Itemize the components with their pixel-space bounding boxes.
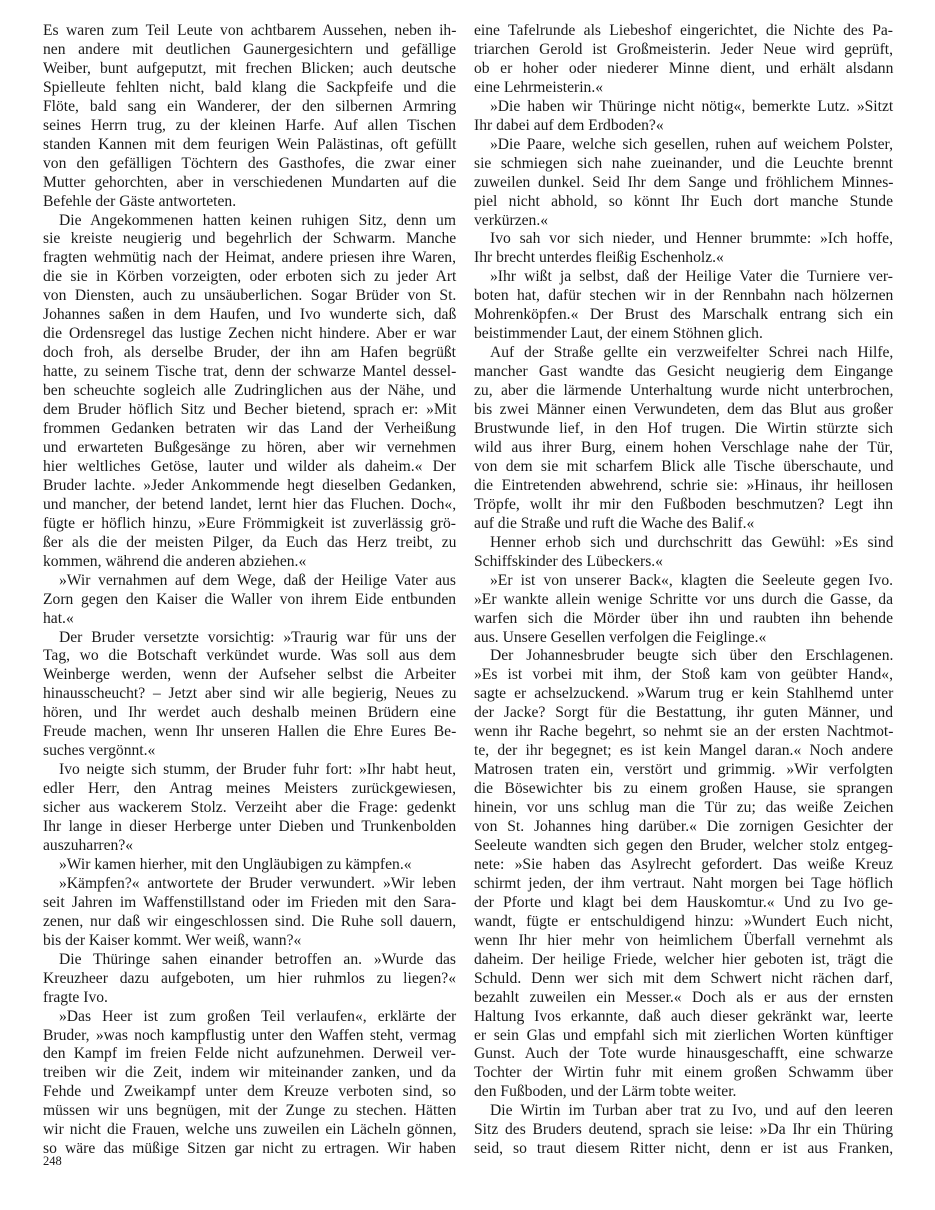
text-line: Auf der Straße gellte ein verzweifelter … xyxy=(474,344,893,363)
text-line: piel nicht abhold, so könnt Ihr Euch dor… xyxy=(474,193,893,212)
text-line: Schiffskinder des Lübeckers.« xyxy=(474,553,893,572)
text-line: Befehle der Gäste antworteten. xyxy=(43,193,456,212)
text-line: wenn Ihr hier mehr von heimlichem Überfa… xyxy=(474,932,893,951)
text-line: wild aus ihrer Burg, einem hohen Verschl… xyxy=(474,439,893,458)
text-line: die Bösewichter bis zu einem großen Haus… xyxy=(474,780,893,799)
text-line: fragten wehmütig nach der Heimat, andere… xyxy=(43,249,456,268)
text-line: doch froh, als derselbe Bruder, der ihn … xyxy=(43,344,456,363)
text-line: ben scheuchte sogleich alle Zudringliche… xyxy=(43,382,456,401)
text-line: Ihr brecht unterdes fleißig Eschenholz.« xyxy=(474,249,893,268)
text-line: Haltung Ivos erkannte, daß auch dieser g… xyxy=(474,1008,893,1027)
text-line: schirmt jeden, der ihm vertraut. Naht mo… xyxy=(474,875,893,894)
left-text-column: Es waren zum Teil Leute von achtbarem Au… xyxy=(43,22,456,1159)
text-line: hier weltliches Getöse, lauter und wilde… xyxy=(43,458,456,477)
text-line: so wäre das müßige Sitzen gar nicht zu e… xyxy=(43,1140,456,1159)
text-line: Freude machen, wenn Ihr unseren Hallen d… xyxy=(43,723,456,742)
text-line: Schuld. Denn wer sich mit dem Schwert ni… xyxy=(474,970,893,989)
text-line: Spielleute fehlten nicht, bald klang die… xyxy=(43,79,456,98)
text-line: wenn ihr Rache begehrt, so nehmt sie an … xyxy=(474,723,893,742)
text-line: nen andere mit deutlichen Gaunergesichte… xyxy=(43,41,456,60)
text-line: sagte er achselzuckend. »Warum trug er k… xyxy=(474,685,893,704)
text-line: frommen Gedanken betraten wir das Land d… xyxy=(43,420,456,439)
text-line: wir nicht die Frauen, welche uns zuweile… xyxy=(43,1121,456,1140)
text-line: seines Herrn trug, zu der kleinen Harfe.… xyxy=(43,117,456,136)
text-line: te, der ihr begegnet; es ist kein Mangel… xyxy=(474,742,893,761)
text-line: sicher aus wackerem Stolz. Verzeiht aber… xyxy=(43,799,456,818)
text-line: Ivo sah vor sich nieder, und Henner brum… xyxy=(474,230,893,249)
text-line: Die Wirtin im Turban aber trat zu Ivo, u… xyxy=(474,1102,893,1121)
text-line: »Die haben wir Thüringe nicht nötig«, be… xyxy=(474,98,893,117)
text-line: fügte er höflich hinzu, »Eure Frömmigkei… xyxy=(43,515,456,534)
text-line: bis der Kaiser kommt. Wer weiß, wann?« xyxy=(43,932,456,951)
text-line: Tochter der Wirtin fuhr mit einem großen… xyxy=(474,1064,893,1083)
text-line: boten hat, dafür stechen wir in der Renn… xyxy=(474,287,893,306)
text-line: edler Herr, den Antrag meines Meisters z… xyxy=(43,780,456,799)
text-line: hinein, vor uns schlug man die Tür zu; d… xyxy=(474,799,893,818)
text-line: hören, und Ihr werdet auch deshalb meine… xyxy=(43,704,456,723)
text-line: bis zwei Männer einen Verwundeten, dem d… xyxy=(474,401,893,420)
text-line: und erwarteten Bußgesänge zu hören, aber… xyxy=(43,439,456,458)
text-line: den Fußboden, und der Lärm tobte weiter. xyxy=(474,1083,893,1102)
text-line: Weinberge werden, wenn der Aufseher selb… xyxy=(43,666,456,685)
text-line: hatte, zu seinem Tische trat, denn der s… xyxy=(43,363,456,382)
text-line: Zorn gegen den Kaiser die Waller von ihr… xyxy=(43,591,456,610)
text-line: ßer als die der meisten Pilger, da Euch … xyxy=(43,534,456,553)
text-line: »Wir vernahmen auf dem Wege, daß der Hei… xyxy=(43,572,456,591)
right-text-column: eine Tafelrunde als Liebeshof eingericht… xyxy=(474,22,893,1159)
text-line: »Kämpfen?« antwortete der Bruder verwund… xyxy=(43,875,456,894)
text-line: Der Bruder versetzte vorsichtig: »Trauri… xyxy=(43,629,456,648)
text-line: standen Kannen mit dem feurigen Wein Pal… xyxy=(43,136,456,155)
text-line: die Eintretenden abwehrend, schrie sie: … xyxy=(474,477,893,496)
text-line: eine Tafelrunde als Liebeshof eingericht… xyxy=(474,22,893,41)
text-line: dem Bruder höflich Sitz und Becher biete… xyxy=(43,401,456,420)
text-line: sie schmiegen sich nahe zueinander, und … xyxy=(474,155,893,174)
text-line: Ihr dabei auf dem Erdboden?« xyxy=(474,117,893,136)
text-line: triarchen Gerold ist Großmeisterin. Jede… xyxy=(474,41,893,60)
text-line: Bruder, »was noch kampflustig unter den … xyxy=(43,1027,456,1046)
text-line: von St. Johannes hing darüber.« Die zorn… xyxy=(474,818,893,837)
text-line: eine Lehrmeisterin.« xyxy=(474,79,893,98)
text-line: auszuharren?« xyxy=(43,837,456,856)
text-line: Ivo neigte sich stumm, der Bruder fuhr f… xyxy=(43,761,456,780)
text-line: Fehde und Zweikampf unter dem Kreuze ver… xyxy=(43,1083,456,1102)
text-line: Ihr lange in dieser Herberge unter Diebe… xyxy=(43,818,456,837)
text-line: von den gefälligen Töchtern des Gasthofe… xyxy=(43,155,456,174)
text-line: hinausscheucht? – Jetzt aber sind wir al… xyxy=(43,685,456,704)
text-line: Gunst. Auch der Tote wurde hinausgeschaf… xyxy=(474,1045,893,1064)
text-line: von Diensten, auch zu unsäuberlichen. So… xyxy=(43,287,456,306)
text-line: wandt, fügte er entschuldigend hinzu: »W… xyxy=(474,913,893,932)
text-line: »Es ist vorbei mit ihm, der Stoß kam von… xyxy=(474,666,893,685)
text-line: der Jacke? Sorgt für die Bestattung, ihr… xyxy=(474,704,893,723)
text-line: nete: »Sie haben das Asylrecht gefordert… xyxy=(474,856,893,875)
text-line: »Er ist von unserer Back«, klagten die S… xyxy=(474,572,893,591)
text-line: mancher Gast wandte das Gesicht neugieri… xyxy=(474,363,893,382)
text-line: »Er wankte allein wenige Schritte vor un… xyxy=(474,591,893,610)
text-line: »Wir kamen hierher, mit den Ungläubigen … xyxy=(43,856,456,875)
text-line: Der Johannesbruder beugte sich über den … xyxy=(474,647,893,666)
text-line: Henner erhob sich und durchschritt das G… xyxy=(474,534,893,553)
text-line: Tag, wo die Botschaft verkündet wurde. W… xyxy=(43,647,456,666)
text-line: fragte Ivo. xyxy=(43,989,456,1008)
text-line: »Die Paare, welche sich gesellen, ruhen … xyxy=(474,136,893,155)
text-line: sie kreiste neugierig und begehrlich der… xyxy=(43,230,456,249)
book-page: Es waren zum Teil Leute von achtbarem Au… xyxy=(0,0,935,1210)
text-line: Flöte, bald sang ein Wanderer, der den s… xyxy=(43,98,456,117)
text-line: den Kampf im freien Felde nicht aufzuneh… xyxy=(43,1045,456,1064)
text-line: Kreuzheer dazu aufgeboten, um hier ruhml… xyxy=(43,970,456,989)
text-line: Seeleute wandten sich gegen den Bruder, … xyxy=(474,837,893,856)
text-line: kommen, während die anderen abziehen.« xyxy=(43,553,456,572)
text-line: zuweilen dunkel. Seid Ihr dem Sange und … xyxy=(474,174,893,193)
text-line: bezahlt zuweilen ein Messer.« Doch als e… xyxy=(474,989,893,1008)
text-line: ob er hoher oder niederer Minne dient, u… xyxy=(474,60,893,79)
text-line: »Ihr wißt ja selbst, daß der Heilige Vat… xyxy=(474,268,893,287)
text-line: seit Jahren im Waffenstillstand oder im … xyxy=(43,894,456,913)
text-line: Matrosen traten ein, verstört und grimmi… xyxy=(474,761,893,780)
text-line: Johannes saßen in dem Haufen, und Ivo wu… xyxy=(43,306,456,325)
text-line: Bruder lachte. »Jeder Ankommende hegt di… xyxy=(43,477,456,496)
text-line: die Ordensregel das lustige Zechen nicht… xyxy=(43,325,456,344)
text-line: suches vergönnt.« xyxy=(43,742,456,761)
text-line: daheim. Der heilige Friede, welcher hier… xyxy=(474,951,893,970)
text-line: seid, so traut diesem Ritter nicht, denn… xyxy=(474,1140,893,1159)
text-line: beistimmender Laut, der einem Stöhnen gl… xyxy=(474,325,893,344)
text-line: Weiber, bunt aufgeputzt, mit frechen Bli… xyxy=(43,60,456,79)
text-line: Mohrenköpfen.« Der Brust des Marschalk e… xyxy=(474,306,893,325)
text-line: müssen wir uns begnügen, mit der Zunge z… xyxy=(43,1102,456,1121)
text-line: »Das Heer ist zum großen Teil verlaufen«… xyxy=(43,1008,456,1027)
text-line: aus. Unsere Gesellen verfolgen die Feigl… xyxy=(474,629,893,648)
text-line: Mutter gehorchten, aber in verschiedenen… xyxy=(43,174,456,193)
text-line: Die Thüringe sahen einander betroffen an… xyxy=(43,951,456,970)
text-line: Sitz des Bruders deutend, sprach sie lei… xyxy=(474,1121,893,1140)
text-line: die sie in Körben vorzeigten, oder erbot… xyxy=(43,268,456,287)
page-number: 248 xyxy=(43,1154,62,1169)
text-line: zenen, nur daß wir eingeschlossen sind. … xyxy=(43,913,456,932)
text-line: Es waren zum Teil Leute von achtbarem Au… xyxy=(43,22,456,41)
text-line: von dem sie mit scharfem Blick alle Tisc… xyxy=(474,458,893,477)
text-line: Tröpfe, wollt ihr mir den Fußboden besch… xyxy=(474,496,893,515)
text-line: treiben wir die Zeit, indem wir miteinan… xyxy=(43,1064,456,1083)
text-line: auf die Straße und ruft die Wache des Ba… xyxy=(474,515,893,534)
text-line: zu, aber die lärmende Unterhaltung wurde… xyxy=(474,382,893,401)
text-line: Brustwunde lief, in den Hof trugen. Die … xyxy=(474,420,893,439)
text-line: der Pforte und klagt bei dem Hauskomtur.… xyxy=(474,894,893,913)
text-line: hat.« xyxy=(43,610,456,629)
text-line: verkürzen.« xyxy=(474,212,893,231)
text-line: er sein Glas und empfahl sich mit zierli… xyxy=(474,1027,893,1046)
text-line: Die Angekommenen hatten keinen ruhigen S… xyxy=(43,212,456,231)
text-line: und mancher, der betend landet, lernt hi… xyxy=(43,496,456,515)
text-line: warfen sich die Mörder über ihn und raub… xyxy=(474,610,893,629)
